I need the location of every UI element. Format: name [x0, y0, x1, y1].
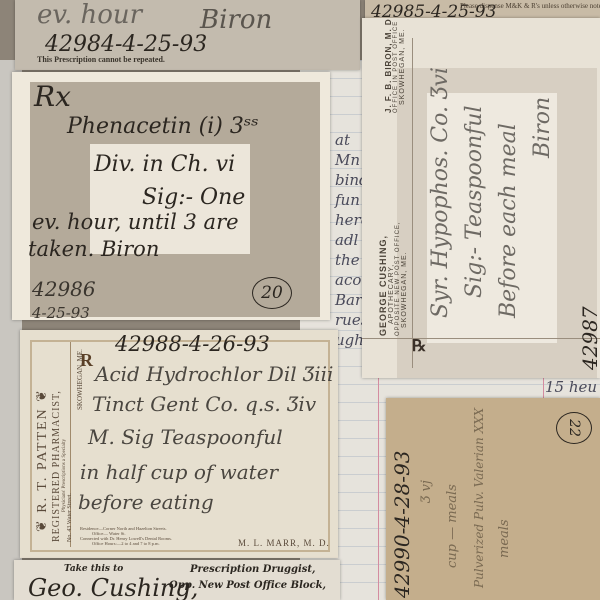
circled-count: 22 — [556, 412, 592, 444]
doctor-name: J. F. B. BIRON, M. D. — [384, 18, 393, 113]
prescription-42986: Rx Phenacetin (i) 3ˢˢ Div. in Ch. vi Sig… — [12, 72, 330, 320]
prescription-number: 42990-4-28-93 — [390, 450, 414, 598]
rx-line-1: Syr. Hypophos. Co. Ʒvi — [424, 67, 458, 318]
ledger-line: acol — [335, 270, 365, 290]
header-text: Please dispense M&K & R's unless otherwi… — [460, 2, 600, 10]
ledger-line: here — [335, 210, 365, 230]
pharmacy-title: Prescription Druggist, — [190, 564, 316, 575]
pharmacy-title: APOTHECARY, — [388, 221, 395, 336]
ledger-line: rues — [335, 310, 365, 330]
pharmacy-header: GEORGE CUSHING, APOTHECARY, OPPOSITE NEW… — [378, 221, 408, 336]
ledger-line: at Mn — [335, 130, 365, 170]
doctor-name: M. L. MARR, M. D. — [238, 538, 330, 548]
doctor-header: J. F. B. BIRON, M. D. OFFICE IN POST OFF… — [384, 18, 406, 113]
prescription-number: 42986 — [32, 277, 96, 301]
rx-line-5: taken. Biron — [28, 237, 159, 261]
handwriting-dosage: ev. hour — [37, 0, 142, 30]
pharmacy-address: Opp. New Post Office Block, — [169, 580, 326, 591]
rx-symbol: Rx — [34, 80, 71, 113]
rx-line-2: Div. in Ch. vi — [94, 152, 235, 177]
pharmacy-title: REGISTERED PHARMACIST, — [51, 388, 62, 542]
prescription-42987: GEORGE CUSHING, APOTHECARY, OPPOSITE NEW… — [362, 18, 600, 378]
rx-body: Ʒ vj cup — meals Pulverized Pulv. Valeri… — [414, 408, 518, 588]
footer-hours: Office Hours:—2 to 4 and 7 to 8 p.m. — [80, 541, 172, 546]
doctor-city: SKOWHEGAN, ME. — [399, 18, 406, 113]
prescription-number: 42987 — [578, 306, 600, 370]
rx-line-1: Acid Hydrochlor Dil Ʒiii — [95, 362, 333, 386]
pharmacy-city: SKOWHEGAN, ME. — [401, 221, 408, 336]
signature: Biron — [200, 5, 272, 35]
ledger-line: bind — [335, 170, 365, 190]
ledger-handwriting-2: 15 heu — [545, 378, 597, 396]
rx-line-3: Pulverized Pulv. Valerian XXX — [466, 408, 492, 588]
footer-info: Residence—Corner North and Hazelton Stre… — [80, 526, 172, 546]
rx-line-2: Sig:- Teaspoonful — [458, 67, 492, 318]
rx-line-4: in half cup of water — [80, 460, 278, 484]
rx-line-5: before eating — [78, 490, 214, 514]
rx-line-2: Tinct Gent Co. q.s. Ʒiv — [92, 392, 316, 416]
pharmacy-header: ❦ R. T. PATTEN ❦ REGISTERED PHARMACIST, … — [34, 388, 73, 542]
cushing-slip: Take this to Geo. Cushing, Prescription … — [14, 560, 340, 600]
rx-line-2: cup — meals — [440, 408, 466, 588]
pharmacy-name: ❦ R. T. PATTEN ❦ — [34, 388, 51, 542]
prescription-number: 42984-4-25-93 — [45, 32, 207, 57]
rx-body: Syr. Hypophos. Co. Ʒvi Sig:- Teaspoonful… — [424, 67, 560, 318]
ledger-line: ugh — [335, 330, 365, 350]
circled-count-text: 22 — [566, 419, 582, 437]
prescription-42984: ev. hour Biron 42984-4-25-93 This Prescr… — [15, 0, 360, 70]
take-this-to: Take this to — [64, 564, 123, 574]
rx-line-1: Ʒ vj — [414, 408, 440, 588]
ledger-line: the — [335, 250, 365, 270]
divider-line — [362, 338, 600, 339]
prescription-42988: 42988-4-26-93 R ❦ R. T. PATTEN ❦ REGISTE… — [20, 330, 338, 558]
ledger-line: fun — [335, 190, 365, 210]
prescription-42990: 22 42990-4-28-93 Ʒ vj cup — meals Pulver… — [386, 398, 600, 600]
ledger-margin-line — [378, 370, 379, 600]
rx-line-4: meals — [492, 408, 518, 588]
ledger-line: Bart — [335, 290, 365, 310]
circled-count: 20 — [252, 277, 292, 309]
prescription-number: 42988-4-26-93 — [115, 332, 270, 356]
rx-line-1: Phenacetin (i) 3ˢˢ — [67, 114, 259, 139]
prescription-date: 4-25-93 — [32, 304, 90, 320]
pharmacy-street: No. 43 Water Street. — [67, 388, 73, 542]
rx-symbol: ℞ — [412, 336, 426, 356]
footer-text: This Prescription cannot be repeated. — [37, 55, 165, 64]
ledger-line: adl — [335, 230, 365, 250]
divider-line — [412, 38, 413, 368]
rx-line-4: Biron — [526, 67, 560, 318]
ledger-handwriting: at Mn bind fun here adl the acol Bart ru… — [335, 130, 365, 370]
rx-line-4: ev. hour, until 3 are — [32, 210, 239, 234]
rx-line-3: Sig:- One — [142, 185, 245, 210]
rx-line-3: Before each meal — [492, 67, 526, 318]
pharmacy-city: SKOWHEGAN, ME. — [76, 349, 84, 410]
pharmacy-name: GEORGE CUSHING, — [378, 221, 388, 336]
rx-line-3: M. Sig Teaspoonful — [88, 425, 283, 449]
